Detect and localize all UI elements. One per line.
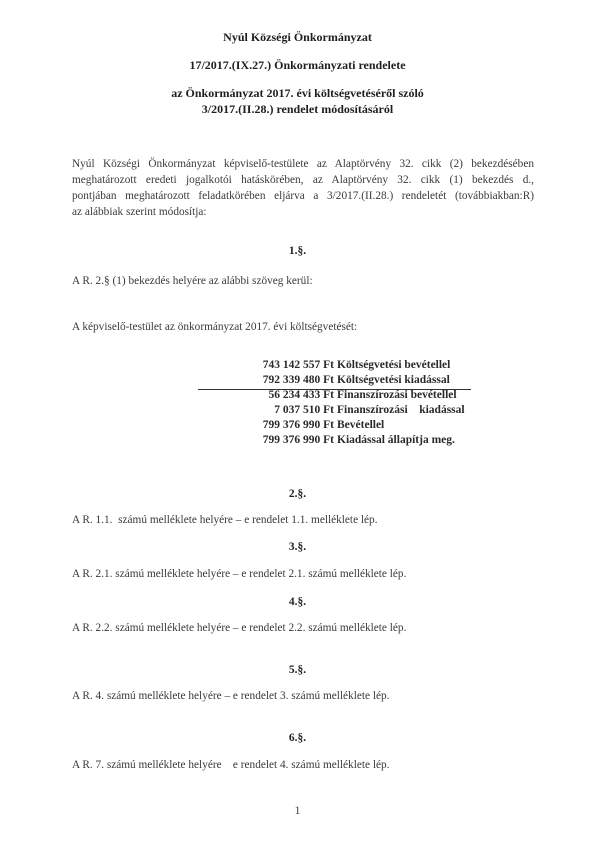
section-5-text: A R. 4. számú melléklete helyére – e ren…: [72, 690, 389, 702]
section-5-heading: 5.§.: [0, 664, 595, 676]
budget-row: 792 339 480 Ft Költségvetési kiadással: [198, 374, 472, 389]
preamble-line: pontjában meghatározott feladatkörében e…: [72, 188, 534, 204]
budget-amount: 743 142 557 Ft: [263, 359, 334, 371]
preamble-line: meghatározott eredeti jogalkotói hatáskö…: [72, 172, 534, 188]
municipality-name: Nyúl Községi Önkormányzat: [0, 30, 595, 45]
preamble-line: az alábbiak szerint módosítja:: [72, 204, 534, 220]
budget-amount: 792 339 480 Ft: [263, 374, 334, 386]
preamble-paragraph: Nyúl Községi Önkormányzat képviselő-test…: [72, 156, 534, 220]
section-4-heading: 4.§.: [0, 596, 595, 608]
decree-subject-line-2: 3/2017.(II.28.) rendelet módosításáról: [0, 102, 595, 117]
decree-subject-line-1: az Önkormányzat 2017. évi költségvetésér…: [0, 86, 595, 101]
budget-table: 743 142 557 Ft Költségvetési bevétellel …: [198, 359, 472, 449]
section-6-text: A R. 7. számú melléklete helyére e rende…: [72, 759, 389, 771]
budget-label: Finanszírozási kiadással: [337, 404, 465, 416]
budget-label: Kiadással állapítja meg.: [337, 434, 455, 446]
budget-amount: 799 376 990 Ft: [263, 419, 334, 431]
budget-amount: 56 234 433 Ft: [269, 389, 334, 401]
section-3-text: A R. 2.1. számú melléklete helyére – e r…: [72, 568, 406, 580]
section-1-text: A R. 2.§ (1) bekezdés helyére az alábbi …: [72, 275, 313, 287]
section-3-heading: 3.§.: [0, 541, 595, 553]
section-6-heading: 6.§.: [0, 732, 595, 744]
budget-row: 56 234 433 Ft Finanszírozási bevétellel: [198, 389, 472, 404]
budget-label: Bevétellel: [337, 419, 384, 431]
budget-row: 799 376 990 Ft Kiadással állapítja meg.: [198, 434, 472, 449]
budget-row: 743 142 557 Ft Költségvetési bevétellel: [198, 359, 472, 374]
section-2-text: A R. 1.1. számú melléklete helyére – e r…: [72, 514, 378, 526]
budget-amount: 799 376 990 Ft: [263, 434, 334, 446]
budget-label: Költségvetési kiadással: [337, 374, 450, 386]
budget-row: 7 037 510 Ft Finanszírozási kiadással: [198, 404, 472, 419]
section-4-text: A R. 2.2. számú melléklete helyére – e r…: [72, 622, 406, 634]
budget-label: Költségvetési bevétellel: [337, 359, 450, 371]
budget-row: 799 376 990 Ft Bevétellel: [198, 419, 472, 434]
budget-amount: 7 037 510 Ft: [274, 404, 334, 416]
budget-intro: A képviselő-testület az önkormányzat 201…: [72, 321, 357, 333]
preamble-line: Nyúl Községi Önkormányzat képviselő-test…: [72, 156, 534, 172]
section-1-heading: 1.§.: [0, 245, 595, 257]
section-2-heading: 2.§.: [0, 488, 595, 500]
page-number: 1: [0, 803, 595, 818]
budget-label: Finanszírozási bevétellel: [337, 389, 457, 401]
budget-divider: [198, 389, 471, 390]
decree-number: 17/2017.(IX.27.) Önkormányzati rendelete: [0, 58, 595, 73]
